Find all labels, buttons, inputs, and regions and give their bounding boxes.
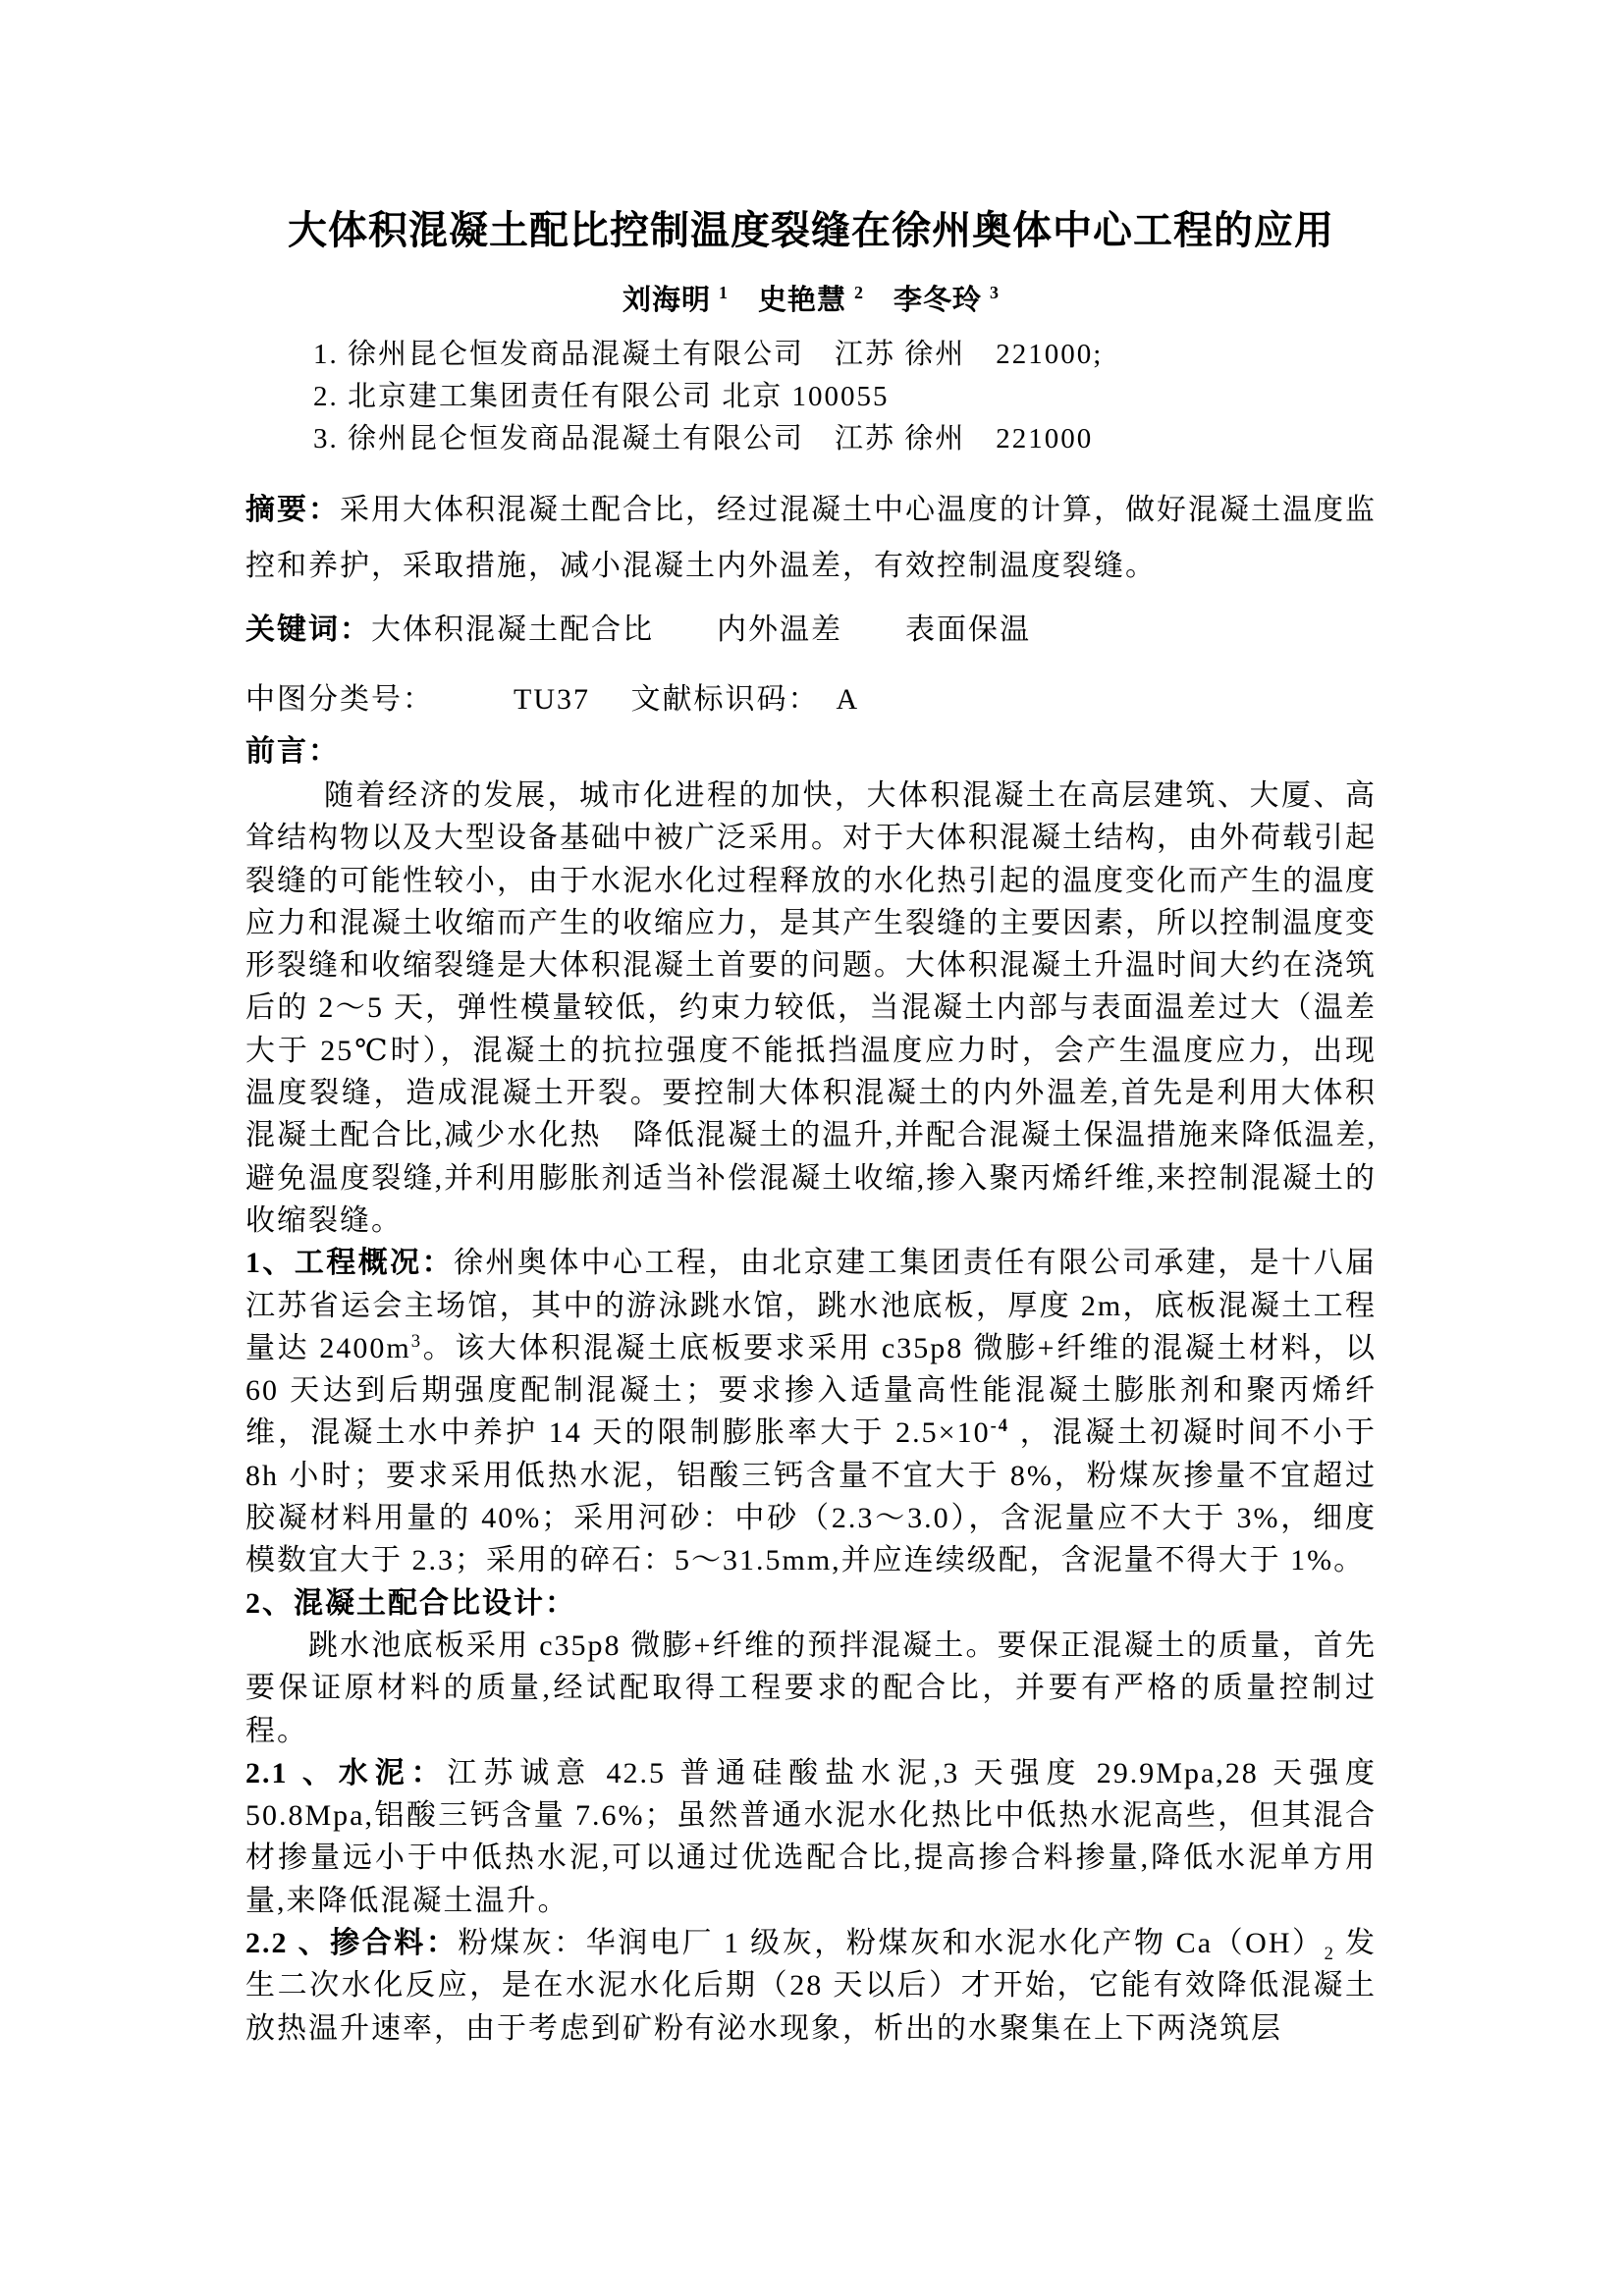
abstract-paragraph: 摘要：采用大体积混凝土配合比，经过混凝土中心温度的计算，做好混凝土温度监控和养护… xyxy=(245,482,1377,594)
section-2-1-paragraph: 2.1 、水泥：江苏诚意 42.5 普通硅酸盐水泥,3 天强度 29.9Mpa,… xyxy=(245,1752,1377,1922)
affiliations-block: 1. 徐州昆仑恒发商品混凝土有限公司 江苏 徐州 221000; 2. 北京建工… xyxy=(245,334,1377,460)
classification-line: 中图分类号： TU37 文献标识码： A xyxy=(245,671,1377,727)
authors-line: 刘海明1 史艳慧2 李冬玲3 xyxy=(245,283,1377,318)
keywords-line: 关键词：大体积混凝土配合比 内外温差 表面保温 xyxy=(245,602,1377,658)
affiliation-3: 3. 徐州昆仑恒发商品混凝土有限公司 江苏 徐州 221000 xyxy=(245,418,1377,460)
document-page: 大体积混凝土配比控制温度裂缝在徐州奥体中心工程的应用 刘海明1 史艳慧2 李冬玲… xyxy=(0,0,1624,2296)
page-title: 大体积混凝土配比控制温度裂缝在徐州奥体中心工程的应用 xyxy=(245,204,1377,257)
section-1-paragraph: 1、工程概况：徐州奥体中心工程，由北京建工集团责任有限公司承建，是十八届江苏省运… xyxy=(245,1242,1377,1581)
preface-paragraph: 随着经济的发展，城市化进程的加快，大体积混凝土在高层建筑、大厦、高耸结构物以及大… xyxy=(245,774,1377,1242)
preface-heading: 前言： xyxy=(245,729,1377,774)
section-2-heading: 2、混凝土配合比设计： xyxy=(245,1582,1377,1625)
section-2-paragraph: 跳水池底板采用 c35p8 微膨+纤维的预拌混凝土。要保正混凝土的质量，首先要保… xyxy=(245,1625,1377,1752)
section-2-2-paragraph: 2.2 、掺合料：粉煤灰：华润电厂 1 级灰，粉煤灰和水泥水化产物 Ca（OH）… xyxy=(245,1922,1377,2050)
affiliation-1: 1. 徐州昆仑恒发商品混凝土有限公司 江苏 徐州 221000; xyxy=(245,334,1377,376)
affiliation-2: 2. 北京建工集团责任有限公司 北京 100055 xyxy=(245,376,1377,418)
